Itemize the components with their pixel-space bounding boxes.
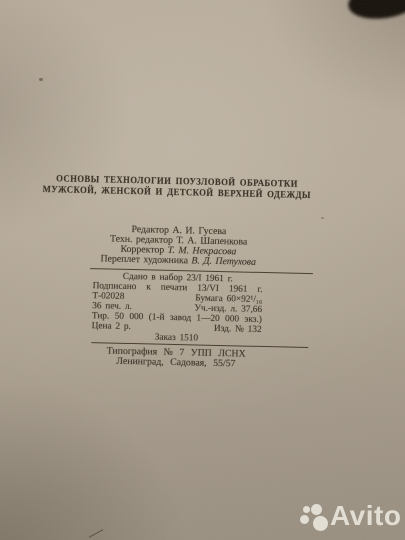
editor-name: В. Д. Петухова [191, 255, 256, 267]
page-text: ОСНОВЫ ТЕХНОЛОГИИ ПОУЗЛОВОЙ ОБРАБОТКИ МУ… [0, 0, 405, 540]
avito-logo-icon [299, 503, 330, 533]
editors-block: Редактор А. И. Гусева Техн. редактор Т. … [28, 223, 329, 270]
print-imprint-block: Сдано в набор 23/I 1961 г. Подписано к п… [91, 271, 263, 345]
edition-number: Изд. № 132 [214, 324, 262, 335]
avito-wordmark: Avito [330, 503, 401, 528]
price-value: Цена 2 р. [92, 321, 131, 332]
book-imprint-page-photo: ОСНОВЫ ТЕХНОЛОГИИ ПОУЗЛОВОЙ ОБРАБОТКИ МУ… [0, 0, 405, 540]
book-title: ОСНОВЫ ТЕХНОЛОГИИ ПОУЗЛОВОЙ ОБРАБОТКИ МУ… [42, 173, 312, 201]
editor-role-label: Переплет художника [100, 253, 188, 266]
printshop-block: Типография № 7 УПП ЛСНХ Ленинград, Садов… [26, 345, 326, 372]
imprint-code: Т-02028 [92, 291, 124, 302]
avito-watermark: Avito [299, 503, 401, 533]
